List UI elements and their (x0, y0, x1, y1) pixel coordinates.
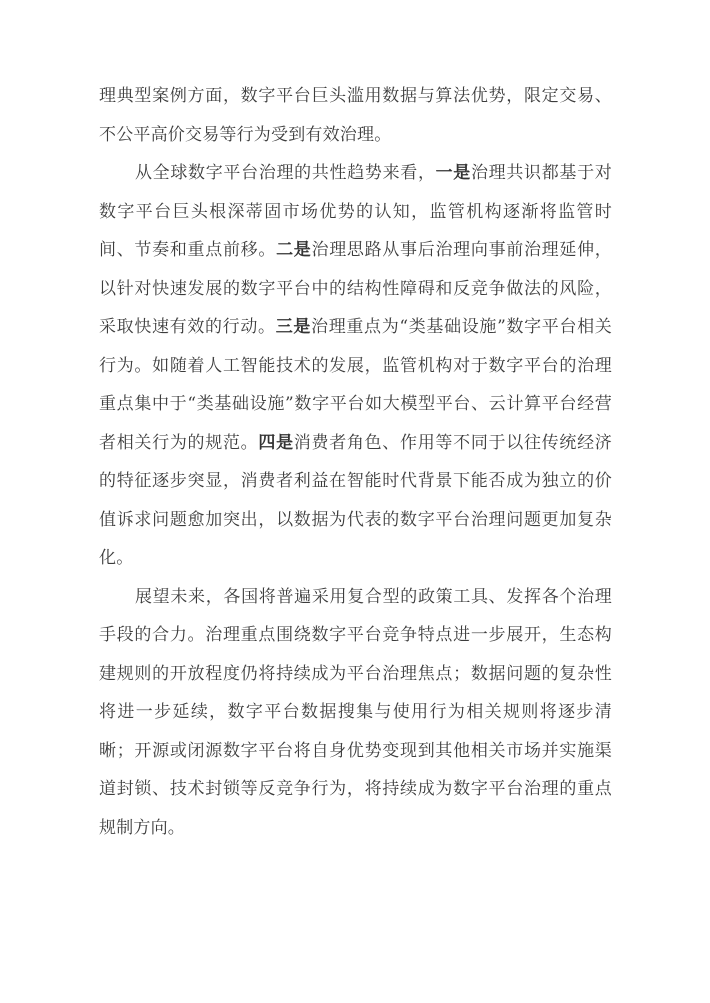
document-page: 理典型案例方面，数字平台巨头滥用数据与算法优势，限定交易、不公平高价交易等行为受… (0, 0, 710, 1003)
paragraph: 理典型案例方面，数字平台巨头滥用数据与算法优势，限定交易、不公平高价交易等行为受… (99, 77, 612, 154)
text-run: 理典型案例方面，数字平台巨头滥用数据与算法优势，限定交易、不公平高价交易等行为受… (99, 86, 612, 145)
paragraph: 展望未来，各国将普遍采用复合型的政策工具、发挥各个治理手段的合力。治理重点围绕数… (99, 578, 612, 848)
bold-text-run: 二是 (276, 240, 311, 260)
bold-text-run: 一是 (436, 163, 471, 183)
text-run: 从全球数字平台治理的共性趋势来看， (135, 163, 436, 183)
bold-text-run: 三是 (276, 317, 311, 337)
bold-text-run: 四是 (258, 433, 293, 453)
paragraph: 从全球数字平台治理的共性趋势来看，一是治理共识都基于对数字平台巨头根深蒂固市场优… (99, 154, 612, 578)
document-body: 理典型案例方面，数字平台巨头滥用数据与算法优势，限定交易、不公平高价交易等行为受… (99, 77, 612, 847)
text-run: 展望未来，各国将普遍采用复合型的政策工具、发挥各个治理手段的合力。治理重点围绕数… (99, 587, 612, 838)
